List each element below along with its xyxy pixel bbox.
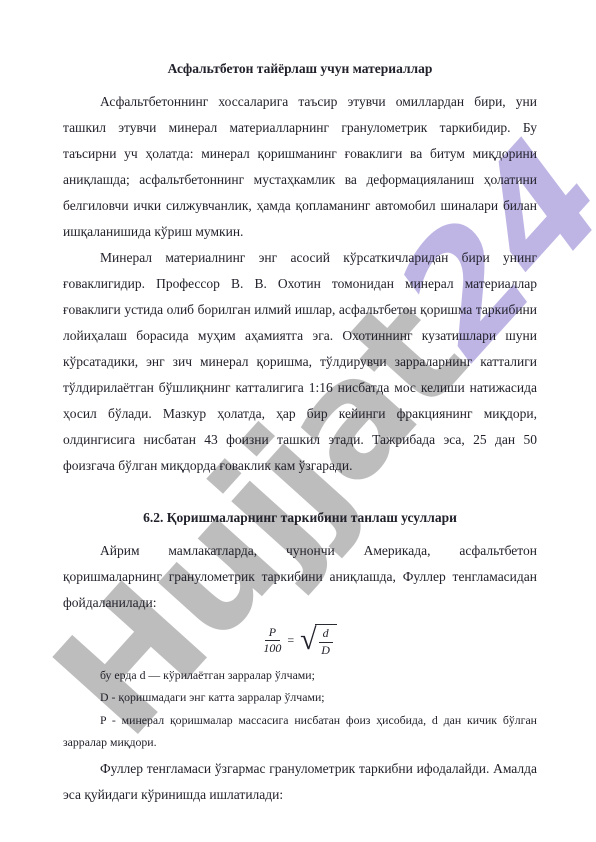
fraction-numerator-p: P <box>265 626 280 642</box>
definition-D: D - қоришмадаги энг катта зарралар ўлчам… <box>63 686 537 709</box>
document-page: Hujjat24 Асфальтбетон тайёрлаш учун мате… <box>0 0 596 842</box>
paragraph-materials-intro: Асфальтбетоннинг хоссаларига таъсир этув… <box>63 89 537 245</box>
paragraph-okhotin-research: Минерал материалнинг энг асосий кўрсатки… <box>63 245 537 479</box>
square-root: √ d D <box>300 624 336 658</box>
fraction-denominator-100: 100 <box>263 641 281 656</box>
paragraph-fuller-closing: Фуллер тенгламаси ўзгармас гранулометрик… <box>63 756 537 808</box>
fuller-equation: P 100 = √ d D <box>63 624 537 658</box>
fraction-p-100: P 100 <box>263 626 281 657</box>
fraction-d-D: d D <box>315 624 337 658</box>
equals-sign: = <box>286 634 295 648</box>
document-content: Асфальтбетон тайёрлаш учун материаллар А… <box>0 0 596 808</box>
radicand-numerator-d: d <box>319 627 333 643</box>
paragraph-fuller-intro: Айрим мамлакатларда, чунончи Америкада, … <box>63 538 537 616</box>
definition-d: бу ерда d — кўрилаётган зарралар ўлчами; <box>63 664 537 687</box>
radicand-denominator-D: D <box>321 643 330 658</box>
section-heading-6-2: 6.2. Қоришмаларнинг таркибини танлаш усу… <box>63 505 537 531</box>
definition-P: P - минерал қоришмалар массасига нисбата… <box>63 709 537 754</box>
document-title: Асфальтбетон тайёрлаш учун материаллар <box>63 56 537 82</box>
